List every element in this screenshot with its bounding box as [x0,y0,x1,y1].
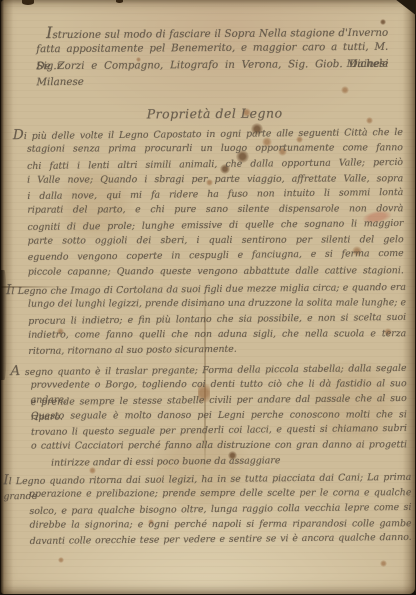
paragraph-4: Il Legno quando ritorna dai suoi legizi,… [29,470,412,549]
handwritten-line: davanti colle orecchie tese per vedere e… [30,530,412,549]
paragraph-2: Il Legno che Imago di Cortolana da suoi … [28,280,407,359]
manuscript-photo: { "document": { "header_lines": [ "Istru… [0,0,416,595]
document-header: Istruzione sul modo di fasciare il Sopra… [36,23,388,75]
handwritten-line: ritorna, ritornano al suo posto sicurame… [28,340,406,359]
handwritten-line: piccole capanne; Quando queste vengono a… [28,263,404,280]
document-title: Proprietà del Legno [147,105,283,121]
handwritten-line: intirizze andar di essi poco buone da as… [51,452,351,471]
handwriting-layer: Istruzione sul modo di fasciare il Sopra… [0,0,416,595]
handwritten-line: De Zorzi e Compagno, Litografo in Verona… [36,56,388,75]
paragraph-1: Di più delle volte il Legno Capostato in… [27,125,404,281]
paragraph-3: A segno quanto è il traslar pregante; Fo… [30,361,407,471]
